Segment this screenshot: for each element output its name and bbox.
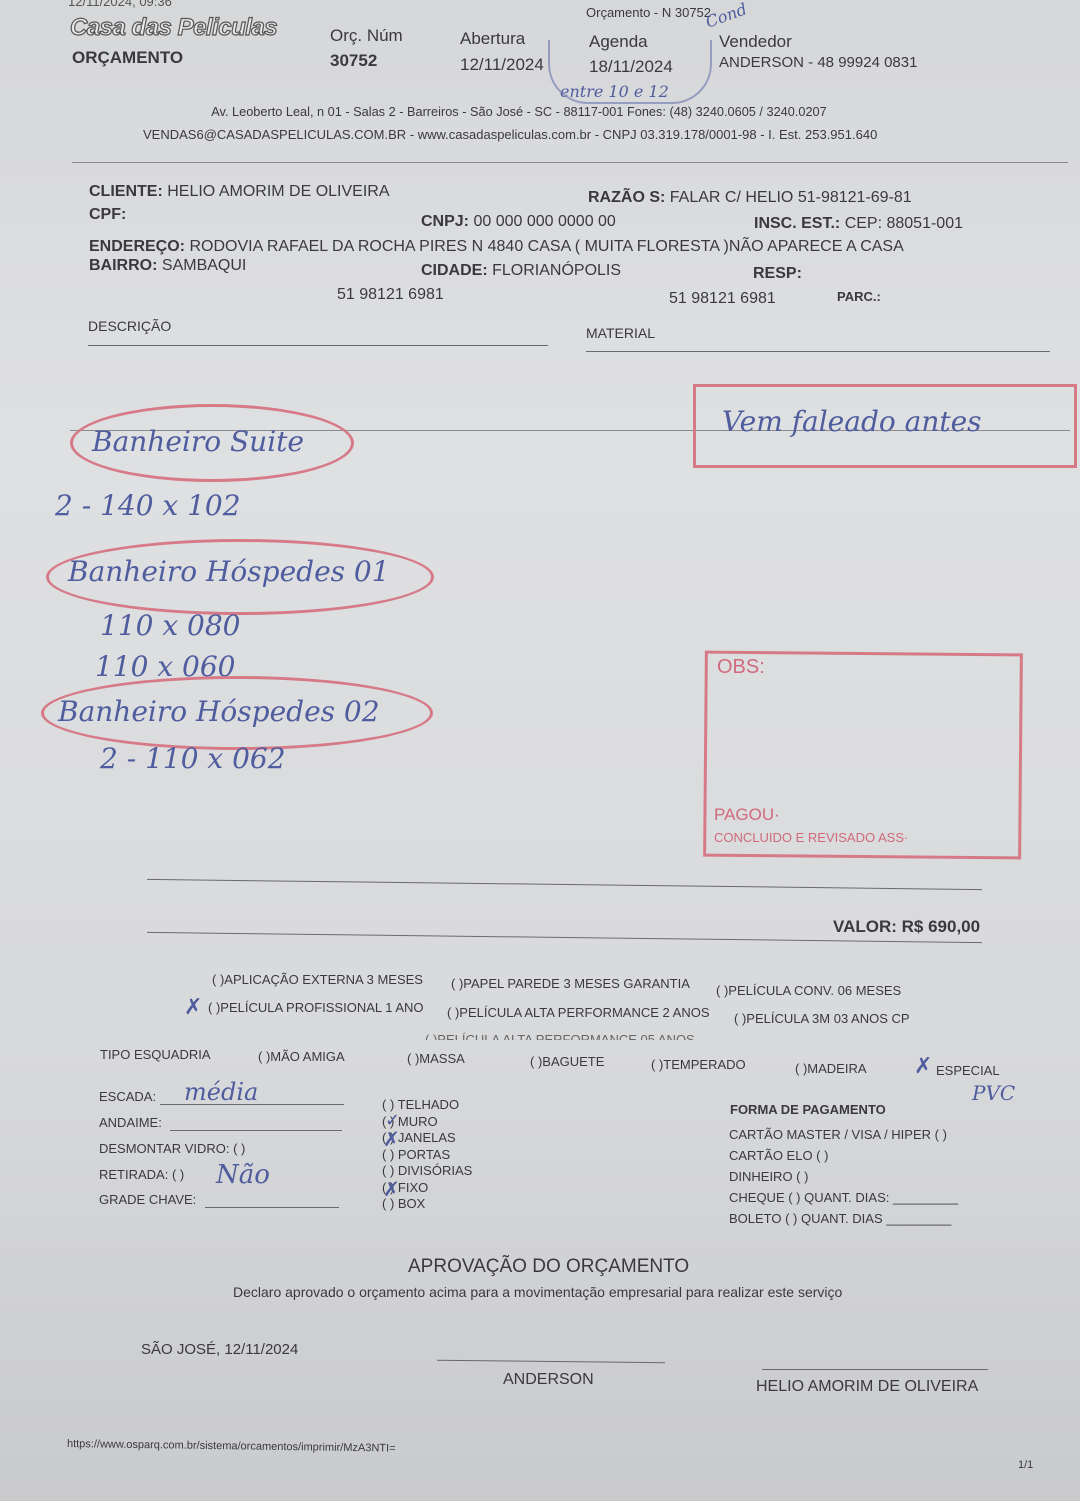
sig1-line [437,1360,665,1363]
pagamento-cheque: CHEQUE ( ) QUANT. DIAS: _________ [729,1187,958,1208]
esquadria-opt-2: ( )MASSA [407,1051,465,1066]
grade-label: GRADE CHAVE: [99,1192,196,1207]
escada-label: ESCADA: [99,1089,156,1104]
place-date: SÃO JOSÉ, 12/11/2024 [141,1341,298,1358]
orcamento-ref: Orçamento - N 30752 [586,5,711,20]
brand-logo: Casa das Peliculas [70,14,277,42]
print-timestamp: 12/11/2024, 09:36 [68,0,172,9]
sig1-name: ANDERSON [503,1371,594,1389]
sig2-name: HELIO AMORIM DE OLIVEIRA [756,1378,978,1396]
andaime-label: ANDAIME: [99,1115,162,1130]
garantia-1: ( )APLICAÇÃO EXTERNA 3 MESES [212,972,423,987]
footer-url: https://www.osparq.com.br/sistema/orcame… [67,1438,396,1455]
garantia-3: ( )PELÍCULA CONV. 06 MESES [716,983,901,998]
obs-box [703,651,1023,860]
concluido-label: CONCLUIDO E REVISADO ASS· [714,830,908,845]
razao-value: FALAR C/ HELIO 51-98121-69-81 [670,189,912,206]
especial-note: PVC [972,1081,1015,1105]
material-rule [586,351,1050,352]
obs-label: OBS: [717,656,765,679]
vendedor-value: ANDERSON - 48 99924 0831 [719,54,917,71]
esquadria-opt-6: ESPECIAL [936,1063,1000,1078]
check-mark-icon: ✗ [184,995,202,1020]
cidade-value: FLORIANÓPOLIS [492,262,621,279]
bairro-value: SAMBAQUI [162,257,246,274]
esquadria-opt-4: ( )TEMPERADO [651,1057,746,1072]
room-1: Banheiro Suite [92,425,304,458]
material-handwritten: Vem faleado antes [722,405,982,438]
company-address: Av. Leoberto Leal, n 01 - Salas 2 - Barr… [211,104,826,119]
cnpj-value: 00 000 000 0000 00 [473,213,615,230]
cnpj-row: CNPJ: 00 000 000 0000 00 [421,213,616,231]
grade-line [205,1207,339,1208]
sig2-line [762,1369,988,1370]
insc-row: INSC. EST.: CEP: 88051-001 [754,215,963,233]
size-1-1: 2 - 140 x 102 [55,489,241,522]
orc-num-label: Orç. Núm [330,26,403,46]
garantia-6: ( )PELÍCULA 3M 03 ANOS CP [734,1011,910,1026]
header-divider [72,162,1068,163]
insc-value: CEP: 88051-001 [845,215,963,232]
descricao-label: DESCRIÇÃO [88,318,171,334]
hand-bracket [548,40,712,104]
garantia-7: ( )PELÍCULA ALTA PERFORMANCE 05 ANOS [425,1032,695,1040]
bairro-row: BAIRRO: SAMBAQUI [89,257,246,275]
material-label: MATERIAL [586,325,655,341]
endereco-row: ENDEREÇO: RODOVIA RAFAEL DA ROCHA PIRES … [89,238,904,256]
pagamento-boleto: BOLETO ( ) QUANT. DIAS _________ [729,1208,958,1229]
check-mark-icon: ✗ [914,1054,932,1079]
pagamento-elo: CARTÃO ELO ( ) [729,1145,958,1166]
cidade-row: CIDADE: FLORIANÓPOLIS [421,262,621,280]
garantia-2: ( )PAPEL PAREDE 3 MESES GARANTIA [451,976,690,991]
client-name: HELIO AMORIM DE OLIVEIRA [167,183,389,200]
escada-value: média [184,1078,258,1106]
andaime-line [170,1130,342,1131]
pagou-label: PAGOU· [714,805,780,825]
size-2-1: 110 x 080 [100,609,240,642]
doc-type: ORÇAMENTO [72,48,183,68]
cpf-label: CPF: [89,206,126,224]
descricao-rule [88,345,548,346]
garantia-5: ( )PELÍCULA ALTA PERFORMANCE 2 ANOS [447,1005,710,1020]
garantia-4: ( )PELÍCULA PROFISSIONAL 1 ANO [208,1000,424,1015]
valor-rule-top [147,879,982,890]
approval-text: Declaro aprovado o orçamento acima para … [233,1284,842,1300]
parc-label: PARC.: [837,289,881,304]
page-number: 1/1 [1018,1459,1033,1471]
room-3: Banheiro Hóspedes 02 [58,695,380,728]
retirada-label: RETIRADA: ( ) [99,1167,184,1182]
desmontar-label: DESMONTAR VIDRO: ( ) [99,1141,245,1156]
endereco-value: RODOVIA RAFAEL DA ROCHA PIRES N 4840 CAS… [189,238,903,255]
esquadria-opt-5: ( )MADEIRA [795,1061,867,1076]
vendedor-label: Vendedor [719,32,792,52]
abertura-label: Abertura [460,29,525,49]
esquadria-opt-3: ( )BAGUETE [530,1054,604,1069]
company-contact: VENDAS6@CASADASPELICULAS.COM.BR - www.ca… [143,127,877,142]
approval-title: APROVAÇÃO DO ORÇAMENTO [408,1256,689,1278]
esquadria-opt-1: ( )MÃO AMIGA [258,1049,345,1064]
orc-num: 30752 [330,51,377,71]
abertura-date: 12/11/2024 [460,55,544,75]
check-mark-icon: ✗ [383,1177,400,1201]
valor-amount: R$ 690,00 [902,917,980,936]
pagamento-list: CARTÃO MASTER / VISA / HIPER ( ) CARTÃO … [729,1124,958,1229]
room-2: Banheiro Hóspedes 01 [68,555,390,588]
phone-2: 51 98121 6981 [669,290,776,308]
retirada-value: Não [216,1160,270,1190]
pagamento-dinheiro: DINHEIRO ( ) [729,1166,958,1187]
razao-row: RAZÃO S: FALAR C/ HELIO 51-98121-69-81 [588,189,912,207]
client-row: CLIENTE: HELIO AMORIM DE OLIVEIRA [89,183,390,201]
esquadria-label: TIPO ESQUADRIA [100,1047,211,1062]
pagamento-title: FORMA DE PAGAMENTO [730,1102,886,1117]
check-mark-icon: ✗ [383,1127,400,1151]
pagamento-cartao: CARTÃO MASTER / VISA / HIPER ( ) [729,1124,958,1145]
valor-row: VALOR: R$ 690,00 [833,917,980,937]
phone-1: 51 98121 6981 [337,286,444,304]
resp-label: RESP: [753,265,802,283]
size-3-1: 2 - 110 x 062 [100,742,286,775]
